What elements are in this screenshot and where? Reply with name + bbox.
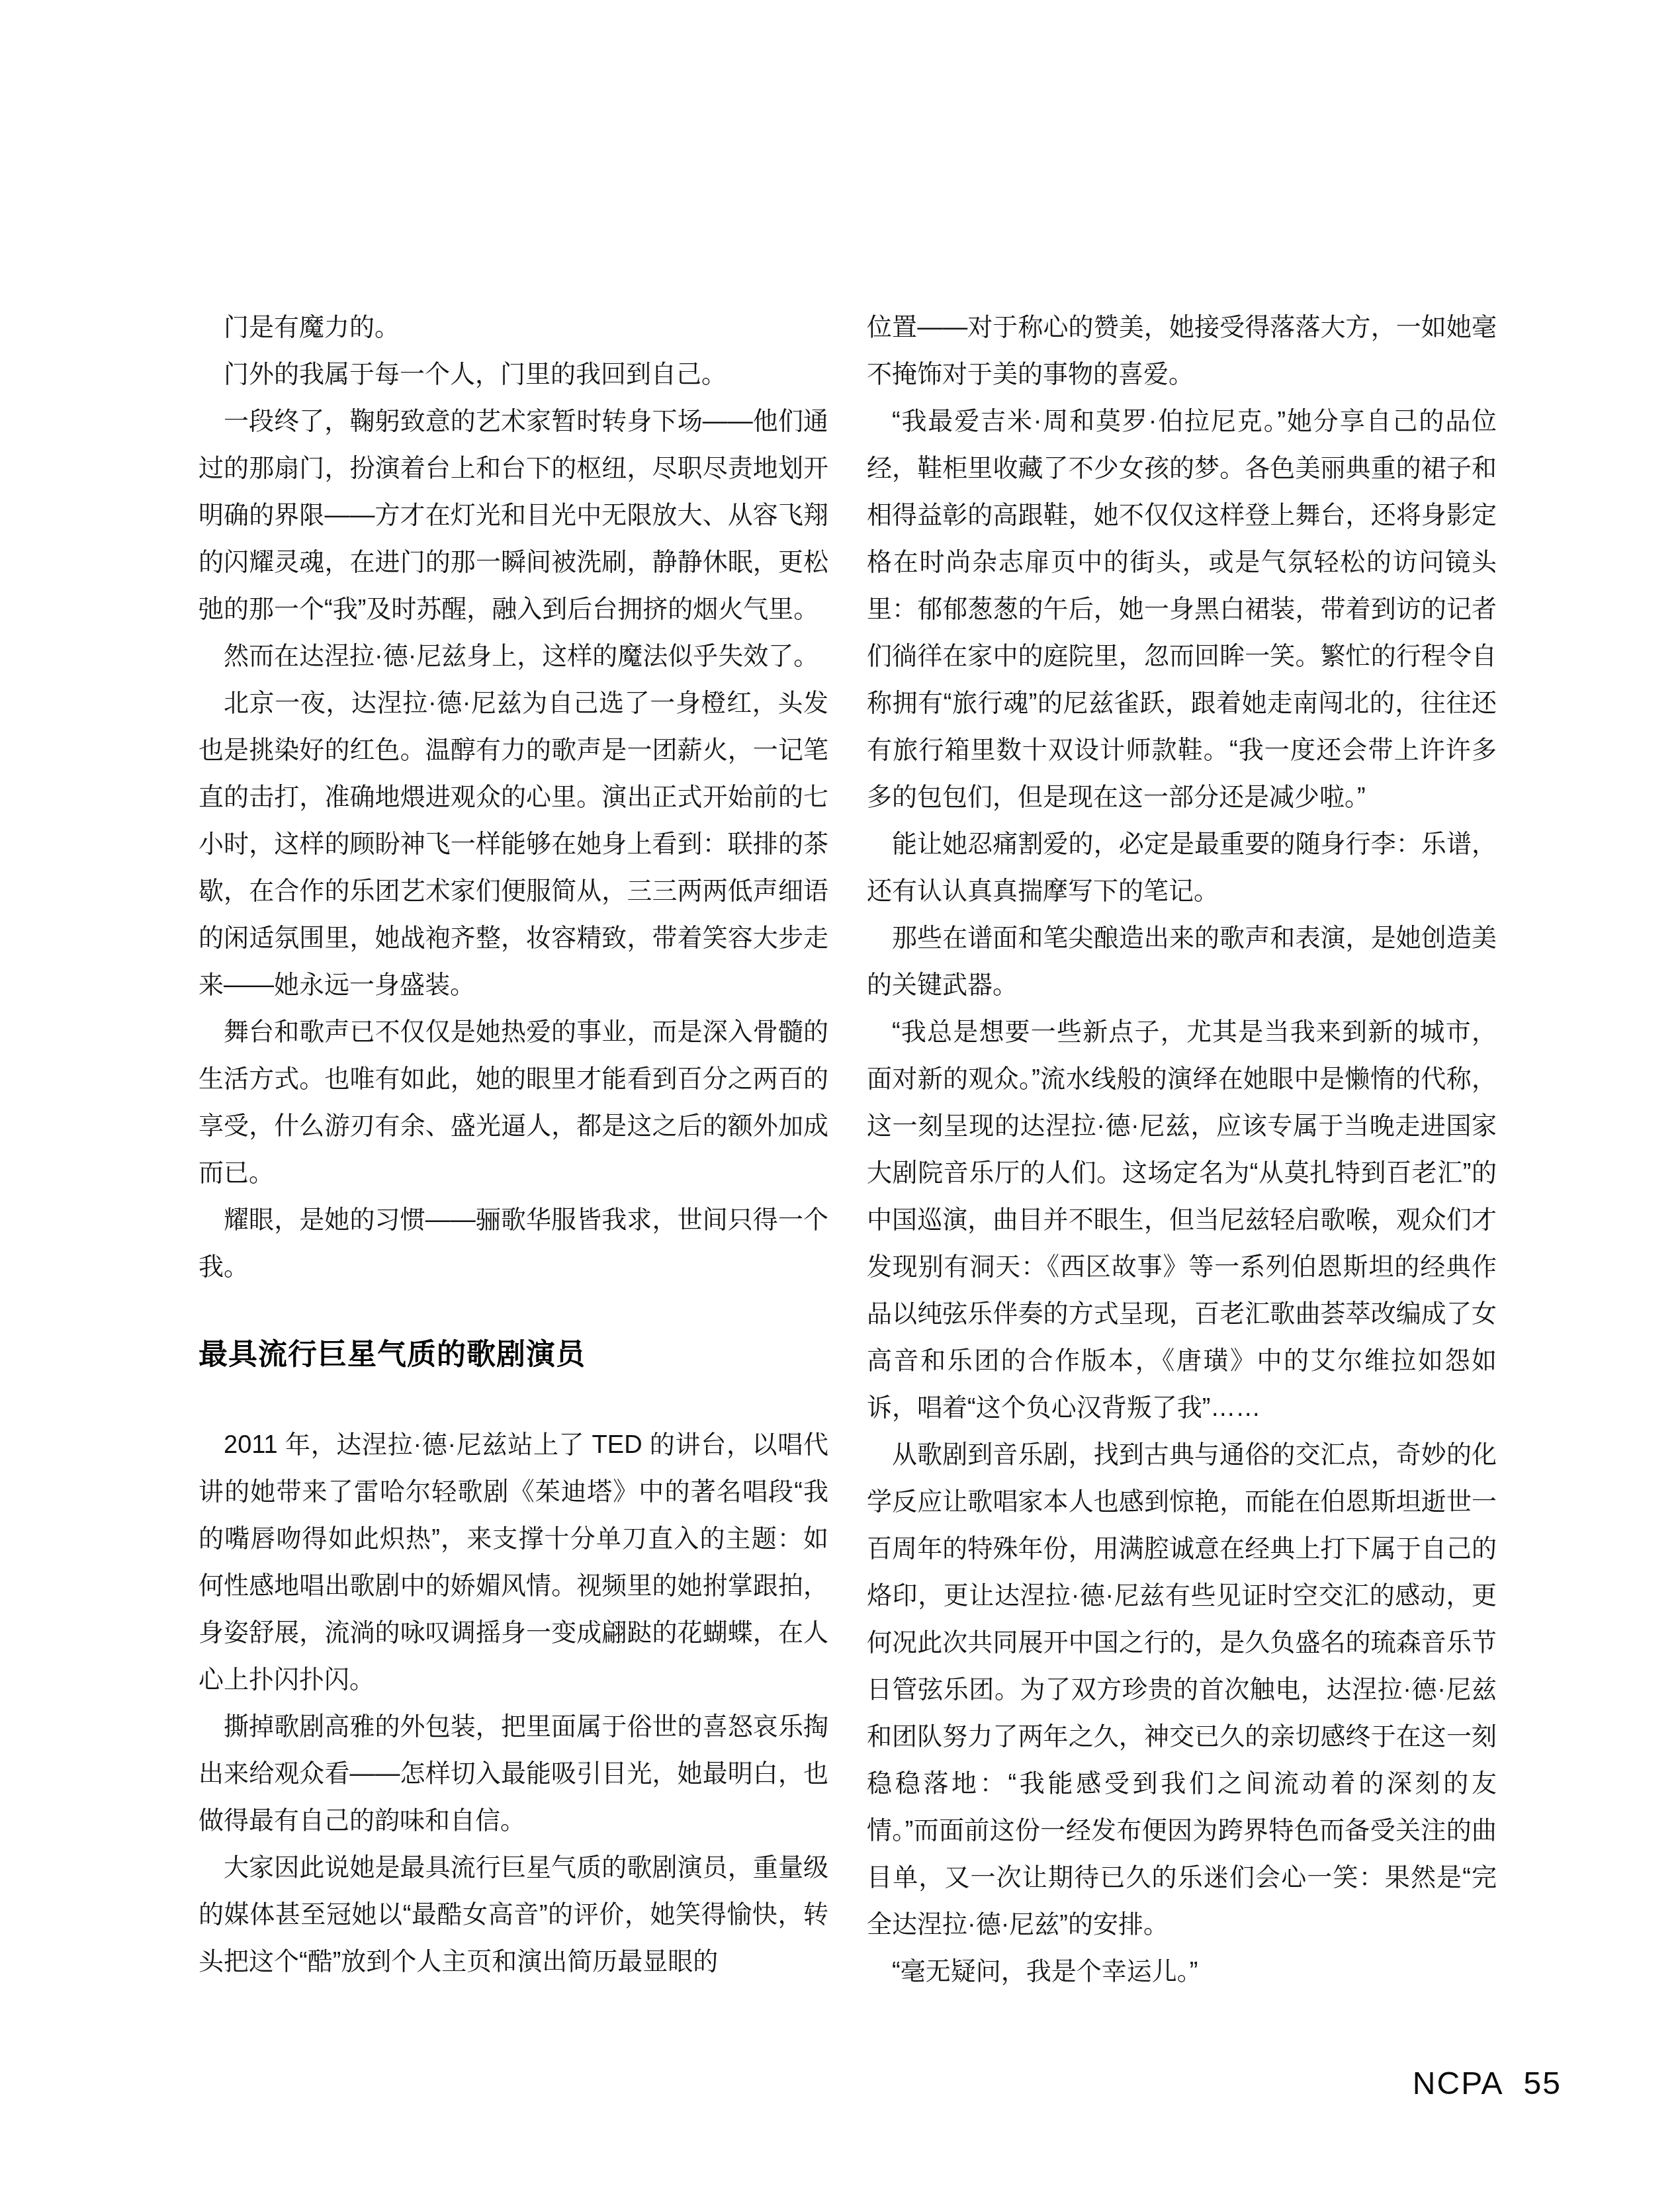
paragraph: 耀眼，是她的习惯——骊歌华服皆我求，世间只得一个我。: [199, 1197, 828, 1291]
article-left-column: 门是有魔力的。 门外的我属于每一个人，门里的我回到自己。 一段终了，鞠躬致意的艺…: [199, 304, 828, 1986]
paragraph: “毫无疑问，我是个幸运儿。”: [867, 1948, 1497, 1995]
paragraph-continuation: 位置——对于称心的赞美，她接受得落落大方，一如她毫不掩饰对于美的事物的喜爱。: [867, 304, 1497, 398]
paragraph: 门是有魔力的。: [199, 304, 828, 351]
paragraph: 大家因此说她是最具流行巨星气质的歌剧演员，重量级的媒体甚至冠她以“最酷女高音”的…: [199, 1845, 828, 1986]
paragraph: 舞台和歌声已不仅仅是她热爱的事业，而是深入骨髓的生活方式。也唯有如此，她的眼里才…: [199, 1009, 828, 1197]
paragraph: 一段终了，鞠躬致意的艺术家暂时转身下场——他们通过的那扇门，扮演着台上和台下的枢…: [199, 398, 828, 633]
footer-page-number: 55: [1524, 2066, 1562, 2101]
paragraph: 撕掉歌剧高雅的外包装，把里面属于俗世的喜怒哀乐掏出来给观众看——怎样切入最能吸引…: [199, 1704, 828, 1845]
paragraph: 2011 年，达涅拉·德·尼兹站上了 TED 的讲台，以唱代讲的她带来了雷哈尔轻…: [199, 1422, 828, 1704]
paragraph: “我最爱吉米·周和莫罗·伯拉尼克。”她分享自己的品位经，鞋柜里收藏了不少女孩的梦…: [867, 398, 1497, 821]
article-right-column: 位置——对于称心的赞美，她接受得落落大方，一如她毫不掩饰对于美的事物的喜爱。 “…: [867, 304, 1497, 1995]
paragraph: 门外的我属于每一个人，门里的我回到自己。: [199, 351, 828, 398]
paragraph: 然而在达涅拉·德·尼兹身上，这样的魔法似乎失效了。: [199, 633, 828, 680]
paragraph: “我总是想要一些新点子，尤其是当我来到新的城市，面对新的观众。”流水线般的演绎在…: [867, 1009, 1497, 1432]
paragraph: 能让她忍痛割爱的，必定是最重要的随身行李：乐谱，还有认认真真揣摩写下的笔记。: [867, 821, 1497, 915]
paragraph: 从歌剧到音乐剧，找到古典与通俗的交汇点，奇妙的化学反应让歌唱家本人也感到惊艳，而…: [867, 1432, 1497, 1948]
paragraph: 那些在谱面和笔尖酿造出来的歌声和表演，是她创造美的关键武器。: [867, 915, 1497, 1009]
paragraph: 北京一夜，达涅拉·德·尼兹为自己选了一身橙红，头发也是挑染好的红色。温醇有力的歌…: [199, 680, 828, 1009]
magazine-page: 门是有魔力的。 门外的我属于每一个人，门里的我回到自己。 一段终了，鞠躬致意的艺…: [0, 0, 1680, 2188]
footer-brand: NCPA: [1413, 2066, 1504, 2101]
section-heading: 最具流行巨星气质的歌剧演员: [199, 1331, 828, 1379]
page-footer: NCPA55: [1413, 2068, 1562, 2100]
